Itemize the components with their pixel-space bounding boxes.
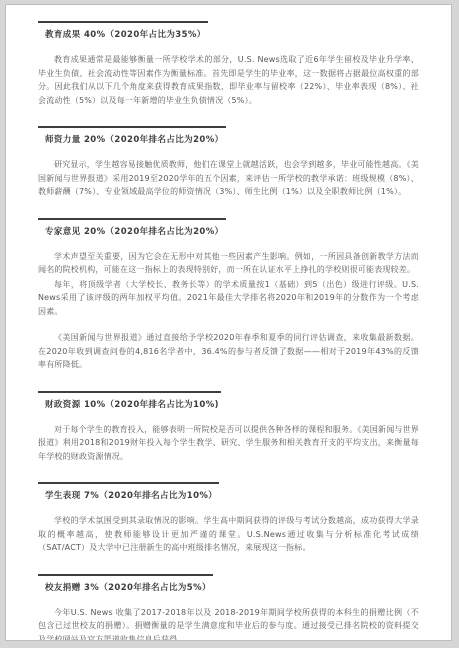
section-faculty-resources: 师资力量 20%（2020年排名占比为20%） 研究显示，学生越容易接触优质教师… xyxy=(38,126,419,199)
paragraph: 教育成果通常是最能够衡量一所学校学术的部分，U.S. News选取了近6年学生留… xyxy=(38,53,419,107)
section-title: 教育成果 40%（2020年占比为35%） xyxy=(38,21,208,41)
page-content: 教育成果 40%（2020年占比为35%） 教育成果通常是最能够衡量一所学校学术… xyxy=(6,5,451,641)
paragraph: 对于每个学生的教育投入，能够表明一所院校是否可以提供各种各样的课程和服务。《美国… xyxy=(38,423,419,464)
section-title: 专家意见 20%（2020年排名占比为20%） xyxy=(38,218,226,238)
section-expert-opinion: 专家意见 20%（2020年排名占比为20%） 学术声望至关重要，因为它会在无形… xyxy=(38,218,419,372)
section-financial-resources: 财政资源 10%（2020年排名占比为10%) 对于每个学生的教育投入，能够表明… xyxy=(38,391,419,464)
paragraph: 研究显示，学生越容易接触优质教师，他们在课堂上就越活跃，也会学到越多，毕业可能性… xyxy=(38,158,419,199)
section-title: 财政资源 10%（2020年排名占比为10%) xyxy=(38,391,221,411)
section-student-performance: 学生表现 7%（2020年排名占比为10%） 学校的学术氛围受到其录取情况的影响… xyxy=(38,482,419,555)
section-title: 校友捐赠 3%（2020年排名占比为5%） xyxy=(38,574,213,594)
paragraph: 今年U.S. News 收集了2017-2018年以及 2018-2019年期间… xyxy=(38,606,419,642)
paragraph: 每年，将顶级学者（大学校长、教务长等）的学术质量按1（基础）到5（出色）级进行评… xyxy=(38,278,419,319)
section-title: 学生表现 7%（2020年排名占比为10%） xyxy=(38,482,219,502)
paragraph: 学术声望至关重要，因为它会在无形中对其他一些因素产生影响。例如，一所因具备创新教… xyxy=(38,250,419,277)
section-alumni-giving: 校友捐赠 3%（2020年排名占比为5%） 今年U.S. News 收集了201… xyxy=(38,574,419,642)
paragraph: 学校的学术氛围受到其录取情况的影响。学生高中期间获得的评级与考试分数越高，成功获… xyxy=(38,514,419,555)
section-education-outcomes: 教育成果 40%（2020年占比为35%） 教育成果通常是最能够衡量一所学校学术… xyxy=(38,21,419,107)
section-title: 师资力量 20%（2020年排名占比为20%） xyxy=(38,126,226,146)
document-page: 教育成果 40%（2020年占比为35%） 教育成果通常是最能够衡量一所学校学术… xyxy=(5,4,452,641)
paragraph: 《美国新闻与世界报道》通过直接给予学校2020年春季和夏季的同行评估调查，来收集… xyxy=(38,331,419,372)
